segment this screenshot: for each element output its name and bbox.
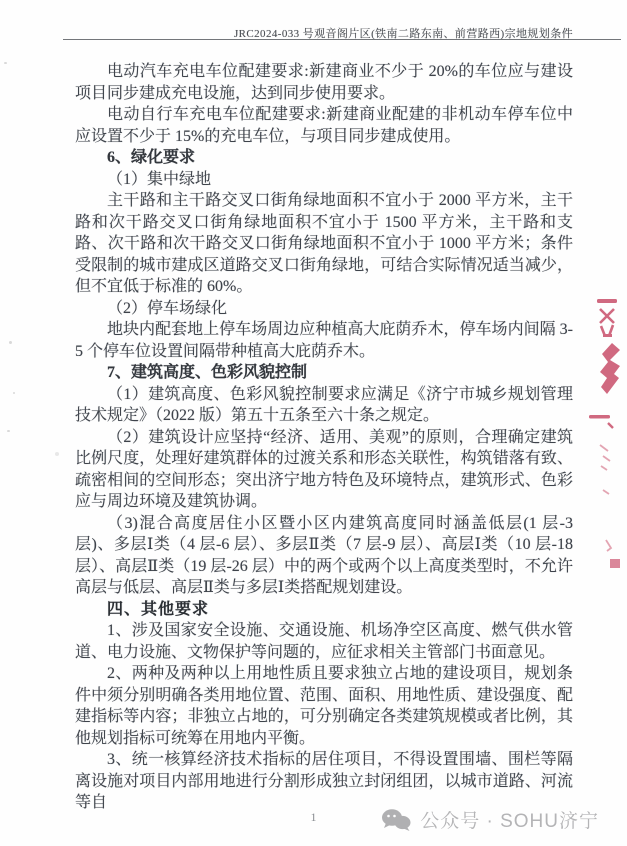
document-body: 电动汽车充电车位配建要求:新建商业不少于 20%的车位应与建设项目同步建成充电设… <box>75 61 573 814</box>
paragraph: （1）集中绿地 <box>75 169 573 191</box>
section-heading: 7、建筑高度、色彩风貌控制 <box>75 362 573 384</box>
scan-speck <box>9 341 12 344</box>
paragraph: （1）建筑高度、色彩风貌控制要求应满足《济宁市城乡规划管理技术规定》（2022 … <box>75 384 573 427</box>
paragraph: 3、统一核算经济技术指标的居住项目，不得设置围墙、围栏等隔离设施对项目内部用地进… <box>75 749 573 814</box>
document-page: JRC2024-033 号观音阁片区(铁南二路东南、前营路西)宗地规划条件 电动… <box>0 0 627 846</box>
scan-speck <box>13 392 15 394</box>
paragraph: （2）建筑设计应坚持“经济、适用、美观”的原则，合理确定建筑比例尺度，处理好建筑… <box>75 427 573 513</box>
paragraph: 1、涉及国家安全设施、交通设施、机场净空区高度、燃气供水管道、电力设施、文物保护… <box>75 620 573 663</box>
wechat-icon <box>381 808 411 832</box>
paragraph: 电动自行车充电车位配建要求:新建商业配建的非机动车停车位中应设置不少于 15%的… <box>75 104 573 147</box>
footer-brand: 公众号 · SOHU济宁 <box>381 806 599 833</box>
scan-speck <box>4 62 7 64</box>
paragraph: （2）停车场绿化 <box>75 298 573 320</box>
paragraph: 电动汽车充电车位配建要求:新建商业不少于 20%的车位应与建设项目同步建成充电设… <box>75 61 573 104</box>
header-rule <box>63 39 621 40</box>
paragraph: （3)混合高度居住小区暨小区内建筑高度同时涵盖低层(1 层-3 层)、多层Ⅰ类（… <box>75 513 573 599</box>
section-heading: 四、其他要求 <box>75 599 573 621</box>
scan-speck <box>55 452 59 456</box>
paragraph: 2、两种及两种以上用地性质且要求独立占地的建设项目，规划条件中须分别明确各类用地… <box>75 663 573 749</box>
footer-brand-label: 公众号 · SOHU济宁 <box>420 806 599 833</box>
scan-speck <box>7 430 10 432</box>
paragraph: 地块内配套地上停车场周边应种植高大庇荫乔木，停车场内间隔 3-5 个停车位设置间… <box>75 319 573 362</box>
section-heading: 6、绿化要求 <box>75 147 573 169</box>
paragraph: 主干路和主干路交叉口街角绿地面积不宜小于 2000 平方米，主干路和次干路交叉口… <box>75 190 573 298</box>
